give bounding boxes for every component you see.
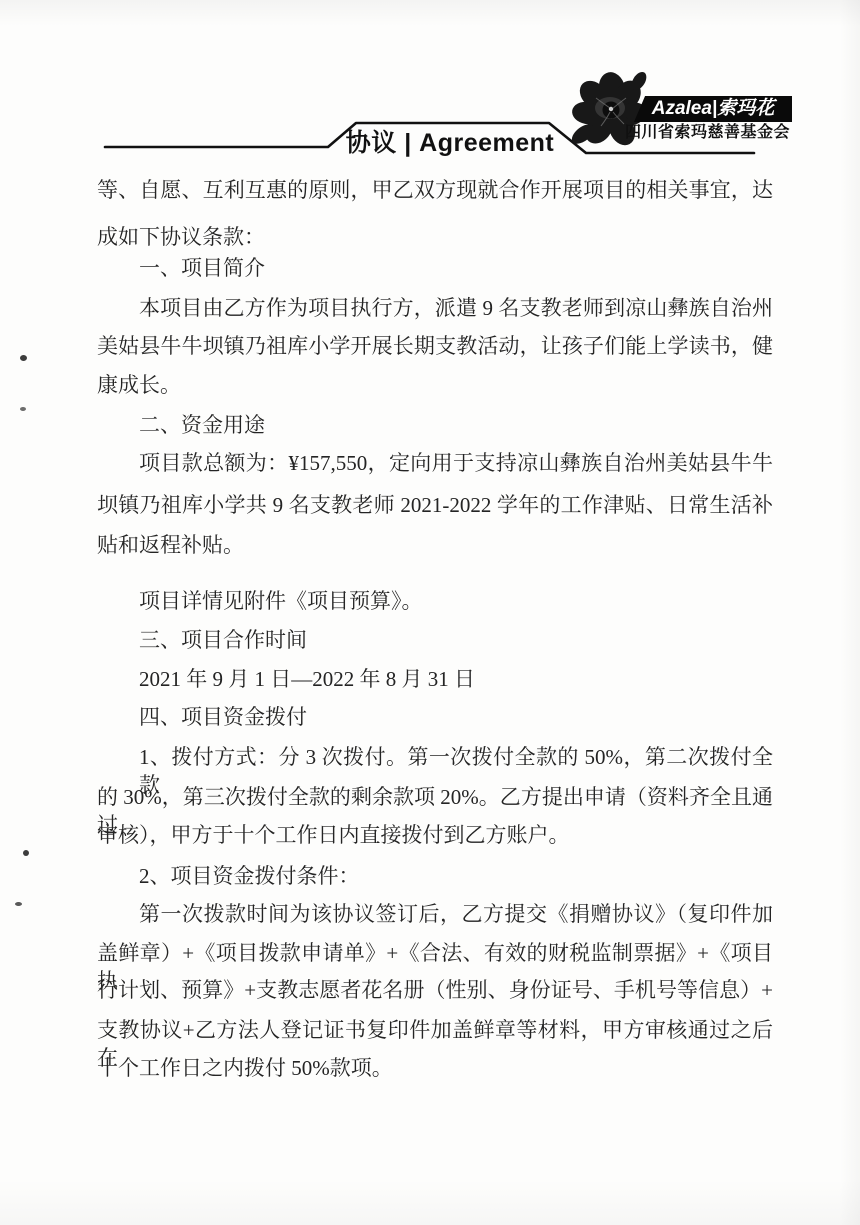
body-line: 盖鲜章）+《项目拨款申请单》+《合法、有效的财税监制票据》+《项目执: [97, 939, 773, 967]
scan-speck: [20, 407, 26, 411]
body-line: 美姑县牛牛坝镇乃祖库小学开展长期支教活动，让孩子们能上学读书，健: [97, 332, 773, 360]
scan-speck: [15, 902, 22, 906]
body-line: 贴和返程补贴。: [97, 531, 773, 559]
section-heading: 三、项目合作时间: [97, 626, 773, 654]
body-line: 坝镇乃祖库小学共 9 名支教老师 2021-2022 学年的工作津贴、日常生活补: [97, 491, 773, 519]
body-line: 行计划、预算》+支教志愿者花名册（性别、身份证号、手机号等信息）+: [97, 976, 773, 1004]
body-line: 2021 年 9 月 1 日—2022 年 8 月 31 日: [97, 665, 773, 693]
section-heading: 四、项目资金拨付: [97, 703, 773, 731]
agreement-body: 等、自愿、互利互惠的原则，甲乙双方现就合作开展项目的相关事宜，达 成如下协议条款…: [97, 0, 773, 1225]
scan-speck: [23, 850, 29, 856]
section-heading: 一、项目简介: [97, 254, 773, 282]
body-line: 审核），甲方于十个工作日内直接拨付到乙方账户。: [97, 821, 773, 849]
body-line: 第一次拨款时间为该协议签订后，乙方提交《捐赠协议》（复印件加: [97, 900, 773, 928]
body-line: 项目详情见附件《项目预算》。: [97, 587, 773, 615]
body-line: 项目款总额为：¥157,550，定向用于支持凉山彝族自治州美姑县牛牛: [97, 449, 773, 477]
scanned-agreement-page: 协议 | Agreement Azalea|索玛花 四川省索玛慈善基金会 等、自…: [0, 0, 860, 1225]
body-line: 成如下协议条款：: [97, 223, 773, 251]
body-line: 康成长。: [97, 371, 773, 399]
body-line: 支教协议+乙方法人登记证书复印件加盖鲜章等材料，甲方审核通过之后在: [97, 1016, 773, 1044]
body-line: 本项目由乙方作为项目执行方，派遣 9 名支教老师到凉山彝族自治州: [97, 294, 773, 322]
body-line: 1、拨付方式：分 3 次拨付。第一次拨付全款的 50%，第二次拨付全款: [97, 743, 773, 771]
section-heading: 二、资金用途: [97, 411, 773, 439]
body-line: 等、自愿、互利互惠的原则，甲乙双方现就合作开展项目的相关事宜，达: [97, 176, 773, 204]
body-line: 十个工作日之内拨付 50%款项。: [97, 1054, 773, 1082]
scan-speck: [20, 355, 27, 361]
body-line: 的 30%，第三次拨付全款的剩余款项 20%。乙方提出申请（资料齐全且通过: [97, 783, 773, 811]
body-line: 2、项目资金拨付条件：: [97, 862, 773, 890]
